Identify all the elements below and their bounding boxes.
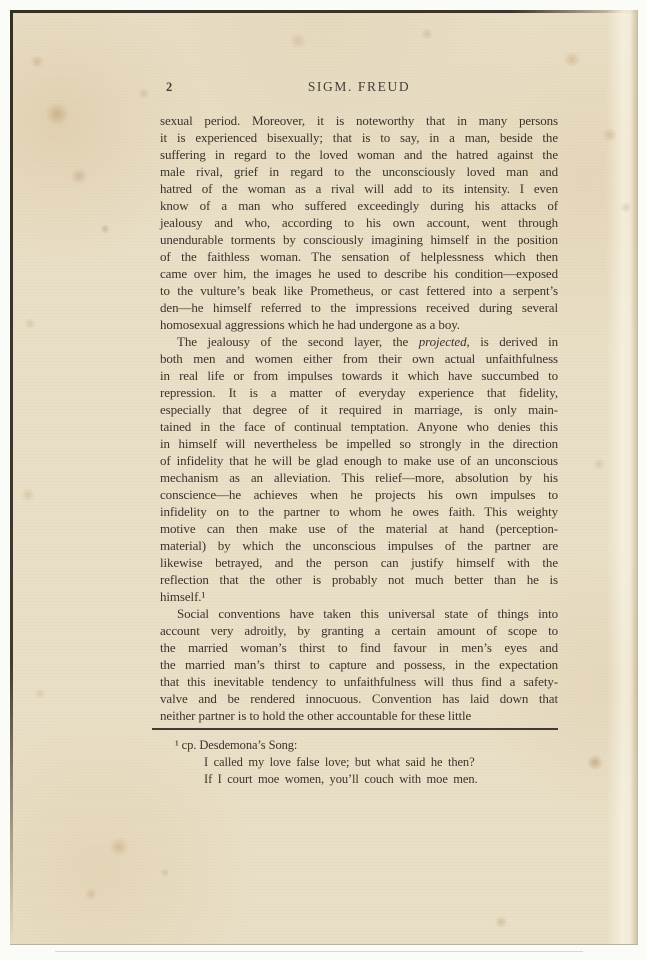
running-header-row: 2 SIGM. FREUD — [160, 79, 558, 95]
footnote: ¹ cp. Desdemona’s Song: I called my love… — [160, 737, 558, 788]
text-line: of the faithless woman. The sensation of… — [160, 248, 558, 265]
scan-shadow-line — [55, 951, 583, 952]
paragraph: The jealousy of the second layer, the pr… — [160, 333, 558, 605]
text-line: both men and women either from their own… — [160, 350, 558, 367]
text-line: know of a man who suffered exceedingly d… — [160, 197, 558, 214]
paragraph: Social conventions have taken this unive… — [160, 605, 558, 724]
text-line: that this inevitable tendency to unfaith… — [160, 673, 558, 690]
text-line: neither partner is to hold the other acc… — [160, 707, 558, 724]
footnote-verse-line: If I court moe women, you’ll couch with … — [204, 771, 558, 788]
text-line: it is experienced bisexually; that is to… — [160, 129, 558, 146]
text-line: male rival, grief in regard to the uncon… — [160, 163, 558, 180]
text-line: himself.¹ — [160, 588, 558, 605]
text-line: unendurable torments by consciously imag… — [160, 231, 558, 248]
text-line: jealousy and who, according to his own a… — [160, 214, 558, 231]
page-edge-shadow-left — [10, 10, 13, 944]
footnote-rule — [152, 728, 558, 730]
body-text: sexual period. Moreover, it is noteworth… — [160, 112, 558, 788]
text-line: in real life or from impulses towards it… — [160, 367, 558, 384]
text-line: Social conventions have taken this unive… — [160, 605, 558, 622]
text-line: especially that degree of it required in… — [160, 401, 558, 418]
text-line: account very adroitly, by granting a cer… — [160, 622, 558, 639]
footnote-marker-line: ¹ cp. Desdemona’s Song: — [160, 737, 558, 754]
text-line: in himself will nevertheless be impelled… — [160, 435, 558, 452]
text-line: infidelity on to the partner to whom he … — [160, 503, 558, 520]
text-line: homosexual aggressions which he had unde… — [160, 316, 558, 333]
text-line: valve and be rendered innocuous. Convent… — [160, 690, 558, 707]
text-line: sexual period. Moreover, it is noteworth… — [160, 112, 558, 129]
text-line: the married man’s thirst to capture and … — [160, 656, 558, 673]
text-line: suffering in regard to the loved woman a… — [160, 146, 558, 163]
page-edge-shadow-top — [10, 10, 638, 13]
text-line: likewise betrayed, and the person can ju… — [160, 554, 558, 571]
text-line: the married woman’s thirst to find favou… — [160, 639, 558, 656]
text-line: den—he himself referred to the impressio… — [160, 299, 558, 316]
footnote-verse-line: I called my love false love; but what sa… — [204, 754, 558, 771]
text-line: motive can then make use of the material… — [160, 520, 558, 537]
text-line: mechanism as an alleviation. This relief… — [160, 469, 558, 486]
text-line: of infidelity that he will be glad enoug… — [160, 452, 558, 469]
footnote-verses: I called my love false love; but what sa… — [160, 754, 558, 788]
text-line: hatred of the woman as a rival will add … — [160, 180, 558, 197]
text-line: came over him, the images he used to des… — [160, 265, 558, 282]
book-page-scan: 2 SIGM. FREUD sexual period. Moreover, i… — [0, 0, 646, 960]
text-line: reflection that the other is probably no… — [160, 571, 558, 588]
text-line: to the vulture’s beak like Prometheus, o… — [160, 282, 558, 299]
text-line: repression. It is a matter of everyday e… — [160, 384, 558, 401]
text-line: tained in the face of continual temptati… — [160, 418, 558, 435]
body-paragraphs: sexual period. Moreover, it is noteworth… — [160, 112, 558, 724]
text-line: material) by which the unconscious impul… — [160, 537, 558, 554]
paragraph: sexual period. Moreover, it is noteworth… — [160, 112, 558, 333]
running-header: SIGM. FREUD — [160, 79, 558, 95]
page-curl-highlight — [606, 10, 638, 944]
text-line: conscience—he achieves when he projects … — [160, 486, 558, 503]
text-line: The jealousy of the second layer, the pr… — [160, 333, 558, 350]
